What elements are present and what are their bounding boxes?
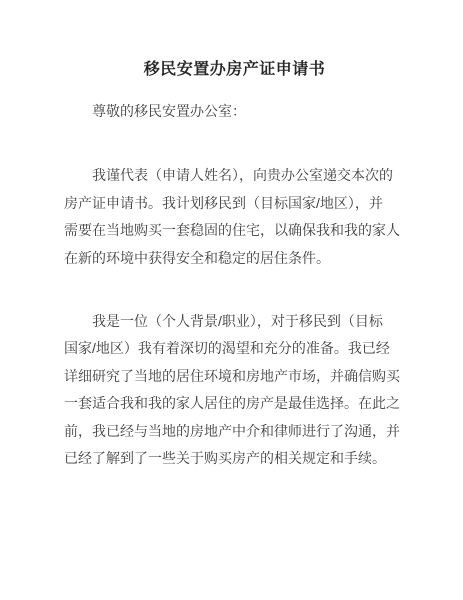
paragraph-1: 我谨代表（申请人姓名），向贵办公室递交本次的 房产证申请书。我计划移民到（目标国… [64,162,405,272]
text-line: 一套适合我和我的家人居住的房产是最佳选择。在此之 [64,390,405,417]
document-title: 移民安置办房产证申请书 [64,56,405,83]
paragraph-2: 我是一位（个人背景/职业），对于移民到（目标 国家/地区）我有着深切的渴望和充分… [64,308,405,472]
salutation: 尊敬的移民安置办公室： [64,98,405,125]
text-line: 需要在当地购买一套稳固的住宅，以确保我和我的家人 [64,217,405,244]
text-line: 我是一位（个人背景/职业），对于移民到（目标 [64,308,405,335]
text-line: 已经了解到了一些关于购买房产的相关规定和手续。 [64,445,405,472]
application-document-page: 移民安置办房产证申请书 尊敬的移民安置办公室： 我谨代表（申请人姓名），向贵办公… [0,0,463,600]
text-line: 我谨代表（申请人姓名），向贵办公室递交本次的 [64,162,405,189]
text-line: 在新的环境中获得安全和稳定的居住条件。 [64,245,405,272]
text-line: 前，我已经与当地的房地产中介和律师进行了沟通，并 [64,418,405,445]
text-line: 国家/地区）我有着深切的渴望和充分的准备。我已经 [64,335,405,362]
document-content: 移民安置办房产证申请书 尊敬的移民安置办公室： 我谨代表（申请人姓名），向贵办公… [0,0,463,472]
text-line: 详细研究了当地的居住环境和房地产市场，并确信购买 [64,363,405,390]
text-line: 房产证申请书。我计划移民到（目标国家/地区），并 [64,190,405,217]
